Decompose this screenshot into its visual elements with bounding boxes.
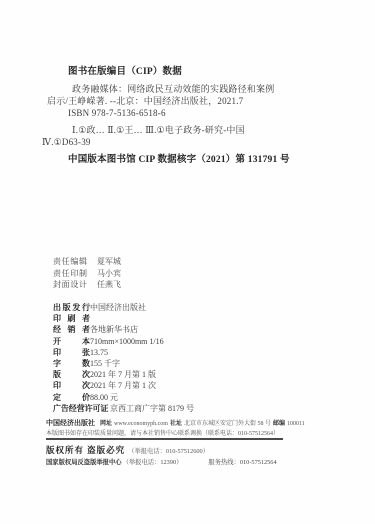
publishing-row-format: 开 本710mm×1000mm 1/16 bbox=[53, 336, 194, 347]
publishing-row-publisher: 出版发行中国经济出版社 bbox=[53, 302, 194, 313]
cip-book-title-line: 政务融媒体：网络政民互动效能的实践路径和案例 bbox=[72, 83, 342, 95]
copyright-notice-line: 版权所有 盗版必究（举报电话：010-57512600） bbox=[46, 443, 356, 458]
website-url: www.economyph.com bbox=[114, 421, 168, 427]
cip-author-publisher-line: 启示/王峥嵘著. --北京：中国经济出版社，2021.7 bbox=[47, 95, 342, 107]
publishing-row-ad-license: 广告经营许可证京西工商广字第 8179 号 bbox=[53, 403, 194, 414]
credit-value: 任燕飞 bbox=[97, 280, 121, 289]
copyright-block: 版权所有 盗版必究（举报电话：010-57512600） 国家版权局反盗版举报中… bbox=[46, 443, 356, 468]
service-hotline: 服务热线：010-57512564 bbox=[208, 459, 276, 466]
copyright-report-phone: （举报电话：010-57512600） bbox=[128, 448, 209, 455]
publishing-row-sheets: 印 张13.75 bbox=[53, 347, 194, 358]
cip-isbn: ISBN 978-7-5136-6518-6 bbox=[68, 107, 342, 119]
publishing-value: 2021 年 7 月第 1 版 bbox=[90, 370, 156, 379]
cip-block: 图书在版编目（CIP）数据 政务融媒体：网络政民互动效能的实践路径和案例 启示/… bbox=[42, 66, 342, 166]
publishing-value: 13.75 bbox=[90, 348, 108, 357]
publishing-row-printer: 印 刷 者 bbox=[53, 313, 194, 324]
book-copyright-page: 图书在版编目（CIP）数据 政务融媒体：网络政民互动效能的实践路径和案例 启示/… bbox=[0, 0, 375, 524]
publishing-label: 版 次 bbox=[53, 369, 90, 380]
publishing-label: 印 次 bbox=[53, 380, 90, 391]
cip-record-number: 中国版本图书馆 CIP 数据核字（2021）第 131791 号 bbox=[68, 154, 342, 166]
cip-classification-line2: Ⅳ.①D63-39 bbox=[42, 136, 342, 148]
publishing-label: 印 刷 者 bbox=[53, 313, 90, 324]
anti-piracy-agency: 国家版权局反盗版举报中心 bbox=[46, 459, 122, 466]
credit-label: 责任编辑 bbox=[53, 256, 87, 268]
address-label: 社址 bbox=[170, 421, 182, 427]
credit-value: 马小宾 bbox=[97, 269, 121, 278]
publishing-label: 印 张 bbox=[53, 347, 90, 358]
agency-report-phone: （举报电话：12390） bbox=[123, 459, 183, 466]
publishing-info-block: 出版发行中国经济出版社 印 刷 者 经 销 者各地新华书店 开 本710mm×1… bbox=[53, 302, 194, 414]
publishing-row-price: 定 价88.00 元 bbox=[53, 392, 194, 403]
publishing-row-wordcount: 字 数155 千字 bbox=[53, 358, 194, 369]
publishing-value: 中国经济出版社 bbox=[90, 303, 146, 312]
publishing-value: 155 千字 bbox=[90, 359, 120, 368]
publishing-row-distributor: 经 销 者各地新华书店 bbox=[53, 324, 194, 335]
divider-rule bbox=[46, 438, 283, 440]
zip-value: 100011 bbox=[287, 421, 305, 427]
publishing-value: 京西工商广字第 8179 号 bbox=[110, 404, 194, 413]
credits-block: 责任编辑夏军城 责任印制马小宾 封面设计任燕飞 bbox=[53, 256, 121, 291]
publishing-label: 定 价 bbox=[53, 392, 90, 403]
publishing-value: 各地新华书店 bbox=[90, 325, 138, 334]
credit-row-editor: 责任编辑夏军城 bbox=[53, 256, 121, 268]
publishing-label: 出版发行 bbox=[53, 302, 90, 313]
cip-classification-line1: Ⅰ.①政… Ⅱ.①王… Ⅲ.①电子政务-研究-中国 bbox=[72, 124, 342, 136]
publisher-contact-line: 中国经济出版社网址www.economyph.com社址北京市东城区安定门外大街… bbox=[46, 419, 346, 430]
credit-row-print-supervisor: 责任印制马小宾 bbox=[53, 268, 121, 280]
publisher-footer: 中国经济出版社网址www.economyph.com社址北京市东城区安定门外大街… bbox=[46, 419, 346, 439]
credit-row-cover-designer: 封面设计任燕飞 bbox=[53, 279, 121, 291]
publishing-label: 字 数 bbox=[53, 358, 90, 369]
publishing-value: 88.00 元 bbox=[90, 393, 118, 402]
credit-label: 责任印制 bbox=[53, 268, 87, 280]
publishing-value: 710mm×1000mm 1/16 bbox=[90, 337, 164, 346]
cip-title: 图书在版编目（CIP）数据 bbox=[68, 66, 342, 78]
credit-value: 夏军城 bbox=[97, 257, 121, 266]
publisher-name: 中国经济出版社 bbox=[46, 419, 95, 427]
credit-label: 封面设计 bbox=[53, 279, 87, 291]
zip-label: 邮编 bbox=[273, 421, 285, 427]
publishing-label: 广告经营许可证 bbox=[53, 403, 108, 414]
publishing-label: 开 本 bbox=[53, 336, 90, 347]
publishing-row-impression: 印 次2021 年 7 月第 1 次 bbox=[53, 380, 194, 391]
anti-piracy-line: 国家版权局反盗版举报中心（举报电话：12390）服务热线：010-5751256… bbox=[46, 458, 356, 468]
publishing-value: 2021 年 7 月第 1 次 bbox=[90, 381, 156, 390]
copyright-notice: 版权所有 盗版必究 bbox=[46, 445, 125, 455]
website-label: 网址 bbox=[100, 421, 112, 427]
publishing-row-edition: 版 次2021 年 7 月第 1 版 bbox=[53, 369, 194, 380]
publishing-label: 经 销 者 bbox=[53, 324, 90, 335]
address-value: 北京市东城区安定门外大街 58 号 bbox=[184, 421, 271, 427]
